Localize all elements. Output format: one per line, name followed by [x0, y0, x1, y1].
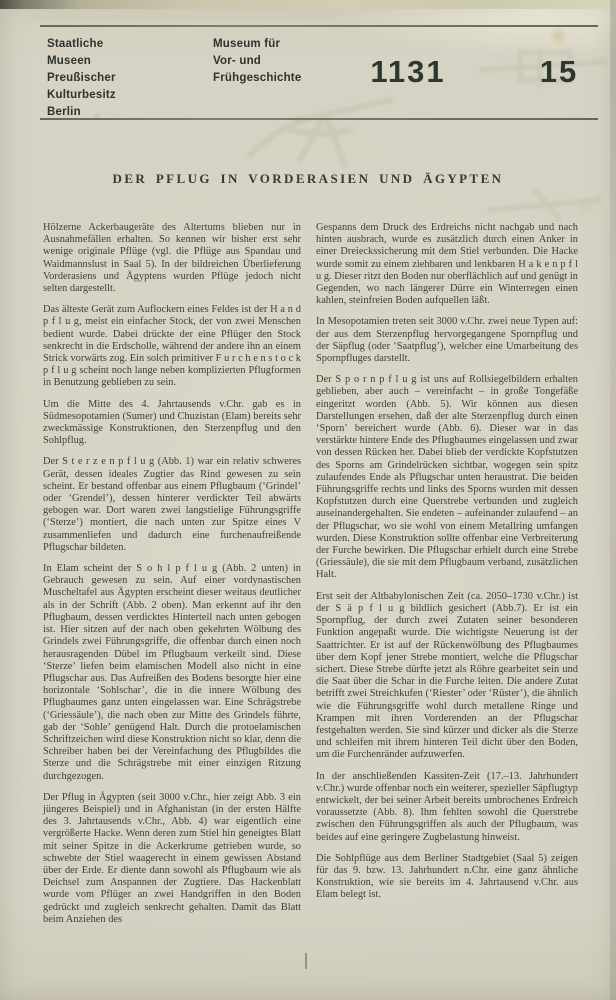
paragraph: Gespanns dem Druck des Erdreichs nicht n…: [316, 222, 578, 307]
museum-line: Frühgeschichte: [213, 70, 301, 87]
paragraph: In Mesopotamien treten seit 3000 v.Chr. …: [316, 316, 578, 365]
fold-mark: [305, 953, 307, 969]
scan-right-edge: [610, 0, 616, 1000]
header-rule-bottom: [40, 118, 598, 120]
museum-line: Museum für: [213, 36, 301, 53]
right-column: Gespanns dem Druck des Erdreichs nicht n…: [316, 222, 578, 935]
paragraph: Der S t e r z e n p f l u g (Abb. 1) war…: [43, 456, 301, 554]
institution-line: Preußischer: [47, 70, 116, 87]
left-column: Hölzerne Ackerbaugeräte des Altertums bl…: [43, 222, 301, 935]
page-title: DER PFLUG IN VORDERASIEN UND ÄGYPTEN: [0, 171, 616, 187]
institution-line: Kulturbesitz: [47, 87, 116, 104]
institution-line: Staatliche: [47, 36, 116, 53]
scan-top-edge: [0, 0, 616, 9]
catalog-sheet-page: Staatliche Museen Preußischer Kulturbesi…: [0, 0, 616, 1000]
paragraph: Der S p o r n p f l u g ist uns auf Roll…: [316, 374, 578, 581]
header-rule-top: [40, 25, 598, 27]
sheet-number: 15: [529, 56, 589, 87]
institution-line: Museen: [47, 53, 116, 70]
catalog-number: 1131: [358, 56, 458, 87]
paragraph: In Elam scheint der S o h l p f l u g (A…: [43, 563, 301, 783]
museum-name: Museum für Vor- und Frühgeschichte: [213, 36, 301, 87]
article-body: Hölzerne Ackerbaugeräte des Altertums bl…: [43, 222, 578, 935]
institution-name: Staatliche Museen Preußischer Kulturbesi…: [47, 36, 116, 121]
paragraph: Das älteste Gerät zum Auflockern eines F…: [43, 304, 301, 389]
paragraph: Erst seit der Altbabylonischen Zeit (ca.…: [316, 591, 578, 762]
paragraph: Hölzerne Ackerbaugeräte des Altertums bl…: [43, 222, 301, 295]
paragraph: Der Pflug in Ägypten (seit 3000 v.Chr., …: [43, 792, 301, 926]
paragraph: Um die Mitte des 4. Jahrtausends v.Chr. …: [43, 399, 301, 448]
paragraph: In der anschließenden Kassiten-Zeit (17.…: [316, 771, 578, 844]
paragraph: Die Sohlpflüge aus dem Berliner Stadtgeb…: [316, 853, 578, 902]
museum-line: Vor- und: [213, 53, 301, 70]
